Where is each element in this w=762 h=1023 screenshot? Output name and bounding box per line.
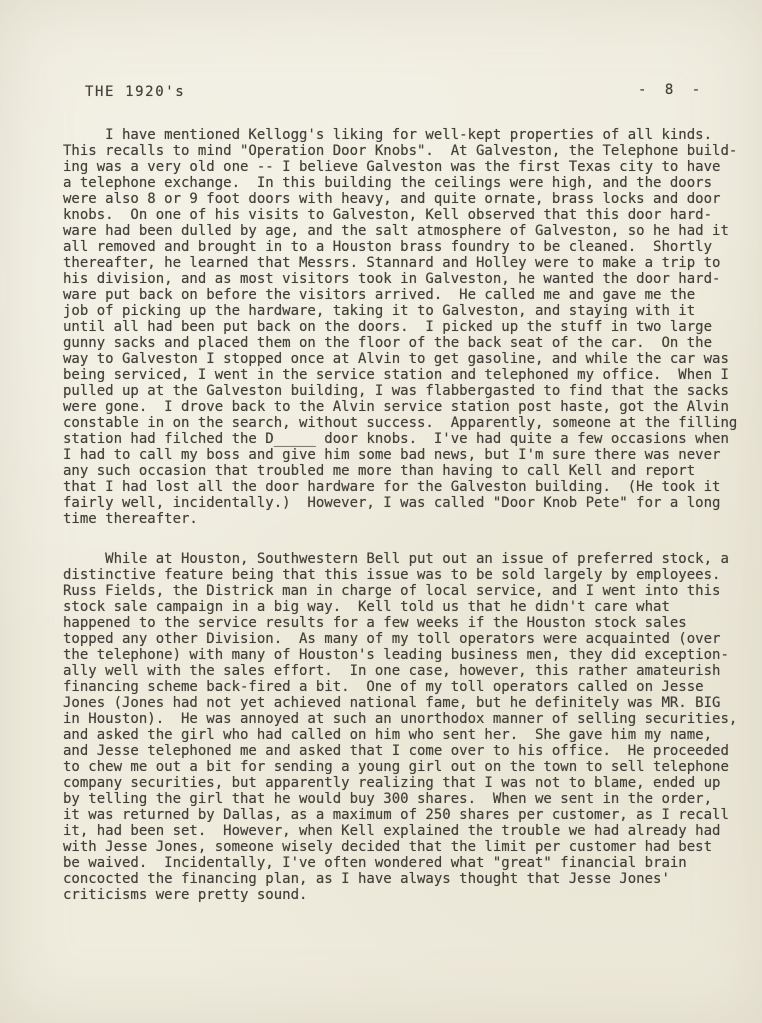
document-body: I have mentioned Kellogg's liking for we… — [63, 127, 753, 903]
text-line: until all had been put back on the doors… — [63, 319, 753, 335]
text-line: stock sale campaign in a big way. Kell t… — [63, 599, 753, 615]
document-page: THE 1920's - 8 - I have mentioned Kellog… — [0, 0, 762, 1023]
text-line: While at Houston, Southwestern Bell put … — [63, 551, 753, 567]
text-line: pulled up at the Galveston building, I w… — [63, 383, 753, 399]
text-line: Russ Fields, the Districk man in charge … — [63, 583, 753, 599]
text-line: ware put back on before the visitors arr… — [63, 287, 753, 303]
text-line: job of picking up the hardware, taking i… — [63, 303, 753, 319]
text-line: were also 8 or 9 foot doors with heavy, … — [63, 191, 753, 207]
text-line: This recalls to mind "Operation Door Kno… — [63, 143, 753, 159]
text-line: were gone. I drove back to the Alvin ser… — [63, 399, 753, 415]
text-line: being serviced, I went in the service st… — [63, 367, 753, 383]
paragraph-door-knobs: I have mentioned Kellogg's liking for we… — [63, 127, 753, 527]
text-line: the telephone) with many of Houston's le… — [63, 647, 753, 663]
text-line: to chew me out a bit for sending a young… — [63, 759, 753, 775]
text-line: I have mentioned Kellogg's liking for we… — [63, 127, 753, 143]
text-line: financing scheme back-fired a bit. One o… — [63, 679, 753, 695]
text-line: it was returned by Dallas, as a maximum … — [63, 807, 753, 823]
text-line: a telephone exchange. In this building t… — [63, 175, 753, 191]
text-line: distinctive feature being that this issu… — [63, 567, 753, 583]
text-line: way to Galveston I stopped once at Alvin… — [63, 351, 753, 367]
text-line: station had filched the D_____ door knob… — [63, 431, 753, 447]
page-title: THE 1920's — [85, 84, 185, 100]
text-line: gunny sacks and placed them on the floor… — [63, 335, 753, 351]
text-line: ally well with the sales effort. In one … — [63, 663, 753, 679]
text-line: constable in on the search, without succ… — [63, 415, 753, 431]
text-line: that I had lost all the door hardware fo… — [63, 479, 753, 495]
text-line: with Jesse Jones, someone wisely decided… — [63, 839, 753, 855]
text-line: topped any other Division. As many of my… — [63, 631, 753, 647]
text-line: time thereafter. — [63, 511, 753, 527]
text-line: happened to the service results for a fe… — [63, 615, 753, 631]
text-line: fairly well, incidentally.) However, I w… — [63, 495, 753, 511]
paragraph-preferred-stock: While at Houston, Southwestern Bell put … — [63, 551, 753, 903]
page-number: - 8 - — [638, 82, 705, 98]
text-line: his division, and as most visitors took … — [63, 271, 753, 287]
text-line: Jones (Jones had not yet achieved nation… — [63, 695, 753, 711]
text-line: concocted the financing plan, as I have … — [63, 871, 753, 887]
text-line: knobs. On one of his visits to Galveston… — [63, 207, 753, 223]
text-line: criticisms were pretty sound. — [63, 887, 753, 903]
text-line: by telling the girl that he would buy 30… — [63, 791, 753, 807]
text-line: it, had been set. However, when Kell exp… — [63, 823, 753, 839]
text-line: thereafter, he learned that Messrs. Stan… — [63, 255, 753, 271]
text-line: I had to call my boss and give him some … — [63, 447, 753, 463]
text-line: and asked the girl who had called on him… — [63, 727, 753, 743]
text-line: company securities, but apparently reali… — [63, 775, 753, 791]
text-line: ware had been dulled by age, and the sal… — [63, 223, 753, 239]
text-line: and Jesse telephoned me and asked that I… — [63, 743, 753, 759]
text-line: all removed and brought in to a Houston … — [63, 239, 753, 255]
text-line: ing was a very old one -- I believe Galv… — [63, 159, 753, 175]
text-line: in Houston). He was annoyed at such an u… — [63, 711, 753, 727]
text-line: be waived. Incidentally, I've often wond… — [63, 855, 753, 871]
text-line: any such occasion that troubled me more … — [63, 463, 753, 479]
